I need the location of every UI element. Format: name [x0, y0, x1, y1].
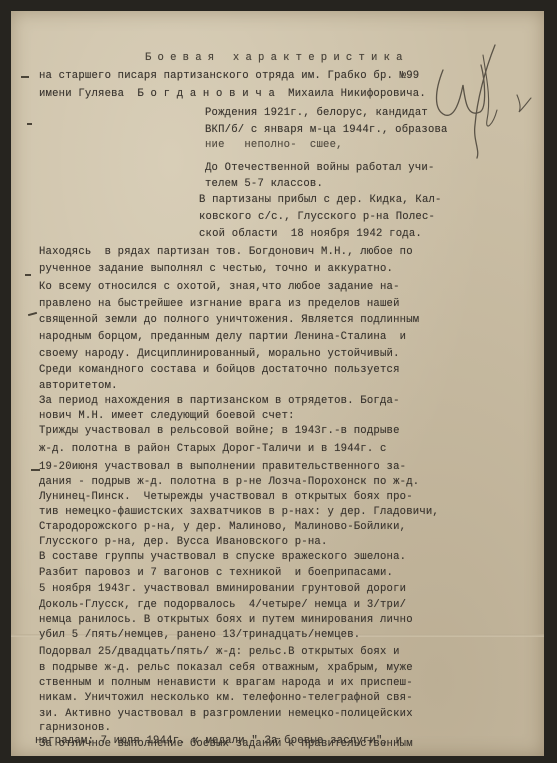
text-line: ковского с/с., Глусского р-на Полес-	[199, 211, 435, 224]
text-line: никам. Уничтожил несколько км. телефонно…	[39, 692, 413, 705]
margin-mark	[21, 76, 29, 78]
text-line: нович М.Н. имеет следующий боевой счет:	[39, 410, 295, 423]
handwritten-annotation-icon	[425, 40, 535, 160]
text-line: Среди командного состава и бойцов достат…	[39, 364, 400, 377]
text-line: До Отечественной войны работал учи-	[205, 162, 435, 175]
text-line: ж-д. полотна в район Старых Дорог-Таличи…	[39, 443, 387, 456]
text-line: имени Гуляева Б о г д а н о в и ч а Миха…	[39, 88, 426, 101]
text-line: на старшего писаря партизанского отряда …	[39, 70, 419, 83]
text-line: Трижды участвовал в рельсовой войне; в 1…	[39, 425, 400, 438]
text-line: наградам: 7 июля 1944г. к медали " За бо…	[35, 735, 402, 748]
text-line: тив немецко-фашистских захватчиков в р-н…	[39, 506, 439, 519]
text-line: рученное задание выполнял с честью, точн…	[39, 263, 393, 276]
document-title: Боевая характеристика	[145, 52, 409, 65]
text-line: авторитетом.	[39, 380, 118, 393]
text-line: Разбит паровоз и 7 вагонов с техникой и …	[39, 567, 393, 580]
text-line: Стародорожского р-на, у дер. Малиново, М…	[39, 521, 406, 534]
text-line: немца ранилось. В открытых боях и путем …	[39, 614, 413, 627]
text-line: ние неполно- сшее,	[205, 139, 343, 152]
text-line: Ко всему относился с охотой, зная,что лю…	[39, 281, 400, 294]
text-line: священной земли до полного уничтожения. …	[39, 314, 419, 327]
text-line: правлено на быстрейшее изгнание врага из…	[39, 298, 400, 311]
text-line: Глусского р-на, дер. Вусса Ивановского р…	[39, 536, 328, 549]
text-line: Подорвал 25/двадцать/пять/ ж-д: рельс.В …	[39, 646, 400, 659]
text-line: За период нахождения в партизанском в от…	[39, 395, 400, 408]
text-line: ВКП/б/ с января м-ца 1944г., образова	[205, 124, 448, 137]
text-line: 5 ноября 1943г. участвовал вминировании …	[39, 583, 406, 596]
text-line: в подрыве ж-д. рельс показал себя отважн…	[39, 662, 413, 675]
margin-mark	[27, 123, 32, 125]
margin-mark	[25, 274, 31, 276]
text-line: Рождения 1921г., белорус, кандидат	[205, 107, 428, 120]
margin-mark	[28, 312, 37, 316]
text-line: народным борцом, преданным делу партии Л…	[39, 331, 406, 344]
text-line: гарнизонов.	[39, 722, 111, 735]
text-line: своему народу. Дисциплинированный, морал…	[39, 348, 400, 361]
text-line: Находясь в рядах партизан тов. Богдонови…	[39, 246, 413, 259]
text-line: телем 5-7 классов.	[205, 178, 323, 191]
text-line: зи. Активно участвовал в разгромлении не…	[39, 708, 413, 721]
text-line: дания - подрыв ж-д. полотна в р-не Лозча…	[39, 476, 419, 489]
text-line: ственным и полным ненависти к врагам нар…	[39, 677, 413, 690]
text-line: 19-20июня участвовал в выполнении правит…	[39, 461, 406, 474]
text-line: В партизаны прибыл с дер. Кидка, Кал-	[199, 194, 442, 207]
text-line: Лунинец-Пинск. Четырежды участвовал в от…	[39, 491, 413, 504]
text-line: убил 5 /пять/немцев, ранено 13/тринадцат…	[39, 629, 360, 642]
text-line: Доколь-Глусск, где подорвалось 4/четыре/…	[39, 599, 406, 612]
text-line: ской области 18 ноября 1942 года.	[199, 228, 422, 241]
text-line: В составе группы участвовал в спуске вра…	[39, 551, 406, 564]
